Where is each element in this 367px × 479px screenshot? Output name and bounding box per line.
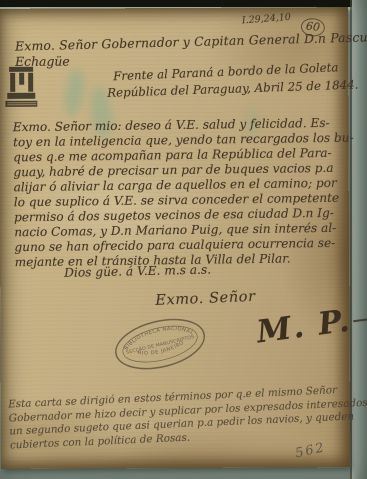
page-number: 562 — [294, 440, 327, 461]
valediction: Dios güe. á V.E. m.s a.s. — [64, 263, 211, 280]
letter-body: Exmo. Señor mio: deseo á V.E. salud y fe… — [13, 116, 349, 271]
archivist-annotation: Esta carta se dirigió en estos términos … — [8, 383, 355, 452]
columns-stamp-icon — [5, 65, 39, 111]
letter-page: I.29,24,10 60 Exmo. Señor Gobernador y C… — [0, 7, 350, 469]
watermark-blot — [62, 68, 86, 118]
photo-dark-top-edge — [0, 0, 367, 7]
library-oval-stamp: BIBLIOTHECA NACIONAL SECÇÃO DE MANUSCRIP… — [108, 309, 212, 380]
archival-code: I.29,24,10 — [242, 12, 292, 27]
closing-salutation: Exmo. Señor — [155, 289, 256, 309]
addressee-line-1: Exmo. Señor Gobernador y Capitan General… — [15, 29, 367, 54]
manuscript-photo: I.29,24,10 60 Exmo. Señor Gobernador y C… — [0, 0, 367, 479]
